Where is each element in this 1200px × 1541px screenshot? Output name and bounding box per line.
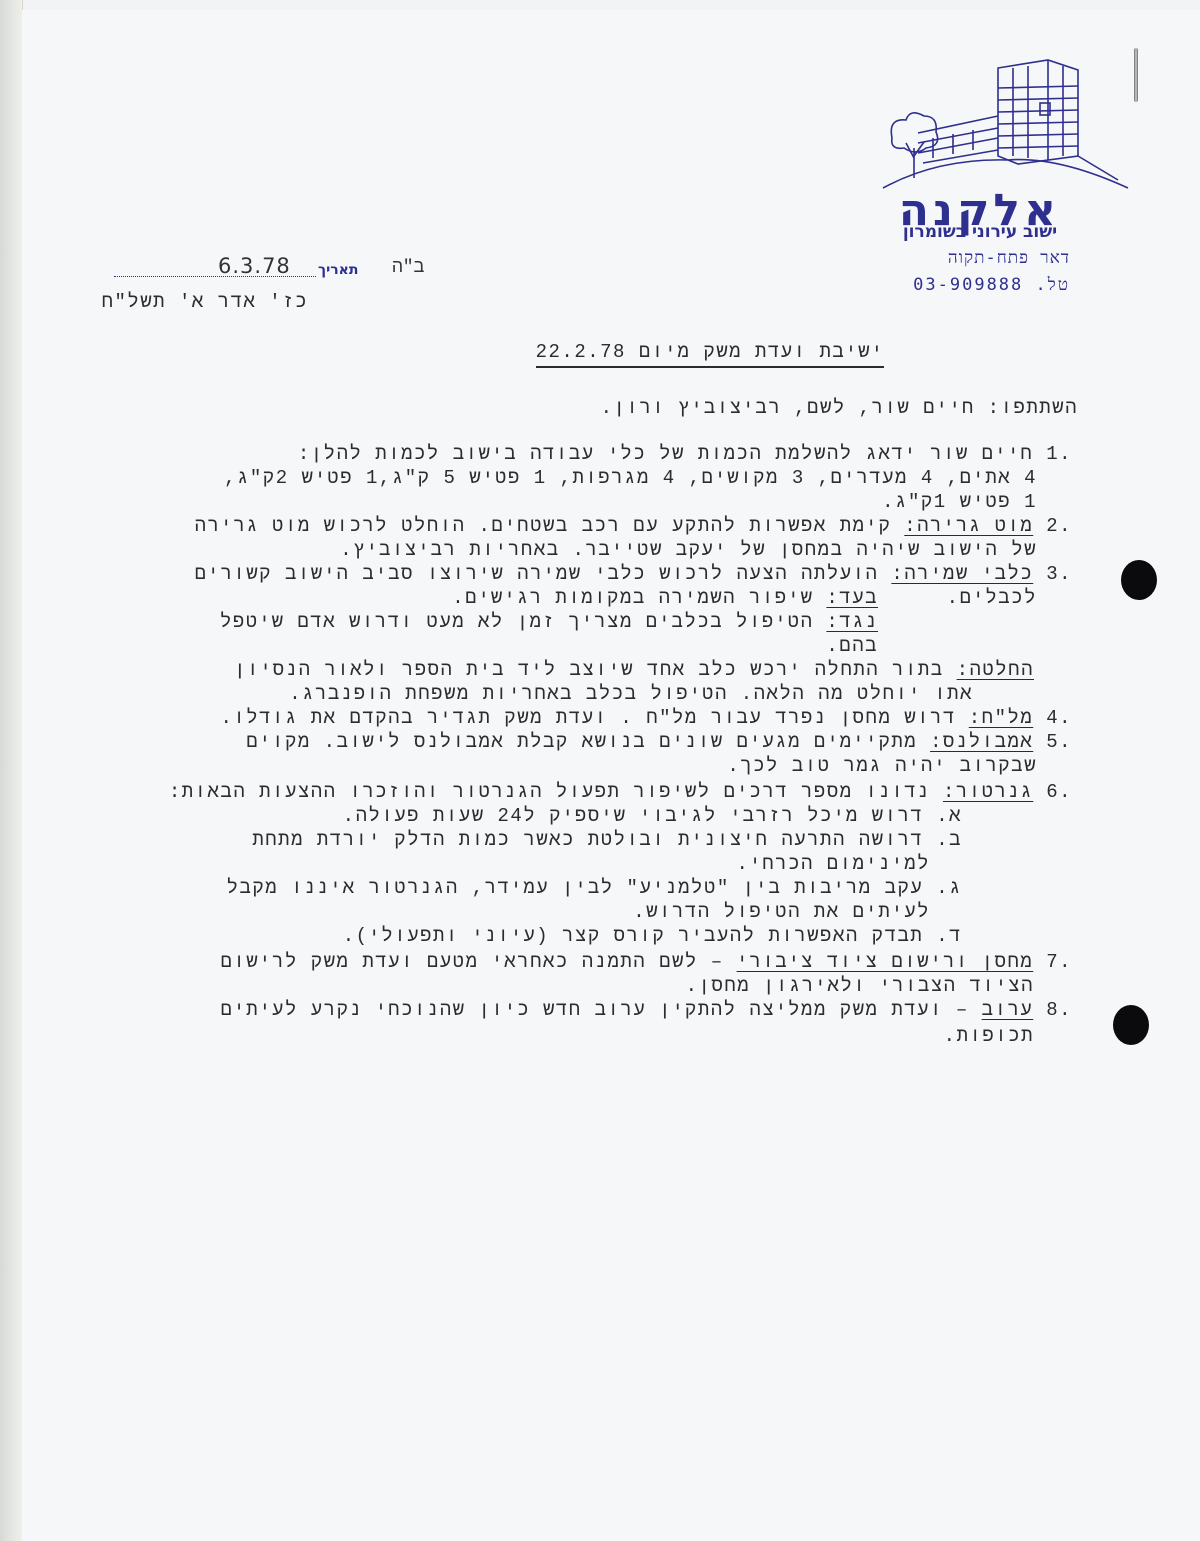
item-number: 2. [1046,515,1072,537]
item-3-decision: החלטה: בתור התחלה ירכש כלב אחד שיוצב ליד… [234,658,1034,682]
item-6-sub-a: א. דרוש מיכל רזרבי לגיבוי שיספיק ל24 שעו… [343,804,962,828]
item-2: 2. מוט גרירה: קימת אפשרות להתקע עם רכב ב… [195,514,1072,538]
item-7-line-2: הציוד הצבורי ולאירגון מחסן. [686,974,1034,998]
punch-hole-bottom [1113,1005,1149,1045]
item-5: 5. אמבולנס: מתקיימים מגעים שונים בנושא ק… [246,730,1072,754]
for-label: בעד: [826,587,878,609]
item-3-line-2: לכבלים. [947,586,1037,610]
letterhead-subtitle: ישוב עירוני בשומרון [890,222,1070,242]
sub-text: תבדק האפשרות להעביר קורס קצר (עיוני ותפע… [343,925,924,947]
item-number: 3. [1046,563,1072,585]
bh-mark: ב"ה [392,258,424,278]
item-6-sub-d: ד. תבדק האפשרות להעביר קורס קצר (עיוני ו… [343,924,962,948]
item-3-against: נגד: הטיפול בכלבים מצריך זמן לא מעט ודרו… [220,610,878,634]
decision-text: בתור התחלה ירכש כלב אחד שיוצב ליד בית הס… [234,659,944,681]
punch-hole-top [1121,560,1157,600]
letterhead-phone: טל. 03-909888 [913,275,1070,295]
item-text: הועלתה הצעה לרכוש כלבי שמירה שירוצו סביב… [195,563,879,585]
item-3-for: בעד: שיפור השמירה במקומות רגישים. [452,586,878,610]
item-8-line-2: תכופות. [944,1024,1034,1048]
item-heading: מחסן ורישום ציוד ציבורי [737,951,1034,973]
sub-text: דרושה התרעה חיצונית ובולטת כאשר כמות הדל… [252,829,923,851]
decision-label: החלטה: [957,659,1034,681]
item-6-sub-c: ג. עקב מריבות בין "טלמניע" לבין עמידר, ה… [227,876,962,900]
item-2-line-2: של הישוב שיהיה במחסן של יעקב שטייבר. באח… [340,538,1037,562]
item-7: 7. מחסן ורישום ציוד ציבורי – לשם התמנה כ… [220,950,1072,974]
phone-number: 03-909888 [913,275,1023,295]
date-value: 6.3.78 [218,254,291,278]
item-6-sub-b: ב. דרושה התרעה חיצונית ובולטת כאשר כמות … [252,828,962,852]
item-text: דרוש מחסן נפרד עבור מל"ח . ועדת משק תגדי… [220,707,955,729]
item-number: 5. [1046,731,1072,753]
item-3-decision-line-2: אתו יוחלט מה הלאה. הטיפול בכלב באחריות מ… [289,682,973,706]
participants-label: השתתפו: [988,397,1078,419]
item-text: – ועדת משק ממליצה להתקין ערוב חדש כיון ש… [220,999,968,1021]
item-number: 8. [1046,999,1072,1021]
item-4: 4. מל"ח: דרוש מחסן נפרד עבור מל"ח . ועדת… [220,706,1072,730]
item-1: 1. חיים שור ידאג להשלמת הכמות של כלי עבו… [298,442,1072,466]
date-label: תאריך [318,262,358,278]
item-6: 6. גנרטור: נדונו מספר דרכים לשיפור תפעול… [169,780,1072,804]
against-label: נגד: [826,611,878,633]
item-3: 3. כלבי שמירה: הועלתה הצעה לרכוש כלבי שמ… [195,562,1072,586]
item-1-line-2: 4 אתים, 4 מעדרים, 3 מקושים, 4 מגרפות, 1 … [224,466,1037,490]
item-text: נדונו מספר דרכים לשיפור תפעול הגנרטור וה… [169,781,930,803]
item-8: 8. ערוב – ועדת משק ממליצה להתקין ערוב חד… [220,998,1072,1022]
hebrew-date: כז' אדר א' תשל"ח [102,290,308,314]
item-6-sub-c-line-2: לעיתים את הטיפול הדרוש. [633,900,930,924]
item-6-sub-b-line-2: למינימום הכרחי. [736,852,930,876]
against-text: הטיפול בכלבים מצריך זמן לא מעט ודרוש אדם… [220,611,814,633]
item-heading: כלבי שמירה: [891,563,1033,585]
item-number: 7. [1046,951,1072,973]
item-text: מתקיימים מגעים שונים בנושא קבלת אמבולנס … [246,731,917,753]
item-heading: מוט גרירה: [904,515,1033,537]
sub-text: עקב מריבות בין "טלמניע" לבין עמידר, הגנר… [227,877,924,899]
sub-letter: ב. [936,829,962,851]
title-text: ישיבת ועדת משק מיום 22.2.78 [536,341,884,368]
item-3-against-line-2: בהם. [826,634,878,658]
item-heading: גנרטור: [943,781,1033,803]
sub-letter: ד. [936,925,962,947]
participants: השתתפו: חיים שור, לשם, רביצוביץ ורון. [601,396,1078,420]
fortress-logo-icon [878,38,1138,198]
item-text: – לשם התמנה כאחראי מטעם ועדת משק לרישום [220,951,723,973]
item-text: חיים שור ידאג להשלמת הכמות של כלי עבודה … [298,443,1033,465]
item-number: 1. [1046,443,1072,465]
item-5-line-2: שבקרוב יהיה גמר טוב לכך. [727,754,1037,778]
scanner-edge [0,0,23,1541]
item-number: 6. [1046,781,1072,803]
sub-letter: א. [936,805,962,827]
item-1-line-3: 1 פטיש 1ק"ג. [882,490,1037,514]
page-title: ישיבת ועדת משק מיום 22.2.78 [536,340,884,364]
item-number: 4. [1046,707,1072,729]
staple [1134,48,1138,102]
for-text: שיפור השמירה במקומות רגישים. [452,587,813,609]
sub-text: דרוש מיכל רזרבי לגיבוי שיספיק ל24 שעות פ… [343,805,924,827]
item-heading: ערוב [982,999,1034,1021]
item-heading: אמבולנס: [930,731,1033,753]
sub-letter: ג. [936,877,962,899]
letterhead-address: דאר פתח-תקוה [948,248,1070,268]
participants-names: חיים שור, לשם, רביצוביץ ורון. [601,397,975,419]
item-text: קימת אפשרות להתקע עם רכב בשטחים. הוחלט ל… [195,515,892,537]
phone-label: טל. [1036,275,1070,295]
item-heading: מל"ח: [969,707,1034,729]
